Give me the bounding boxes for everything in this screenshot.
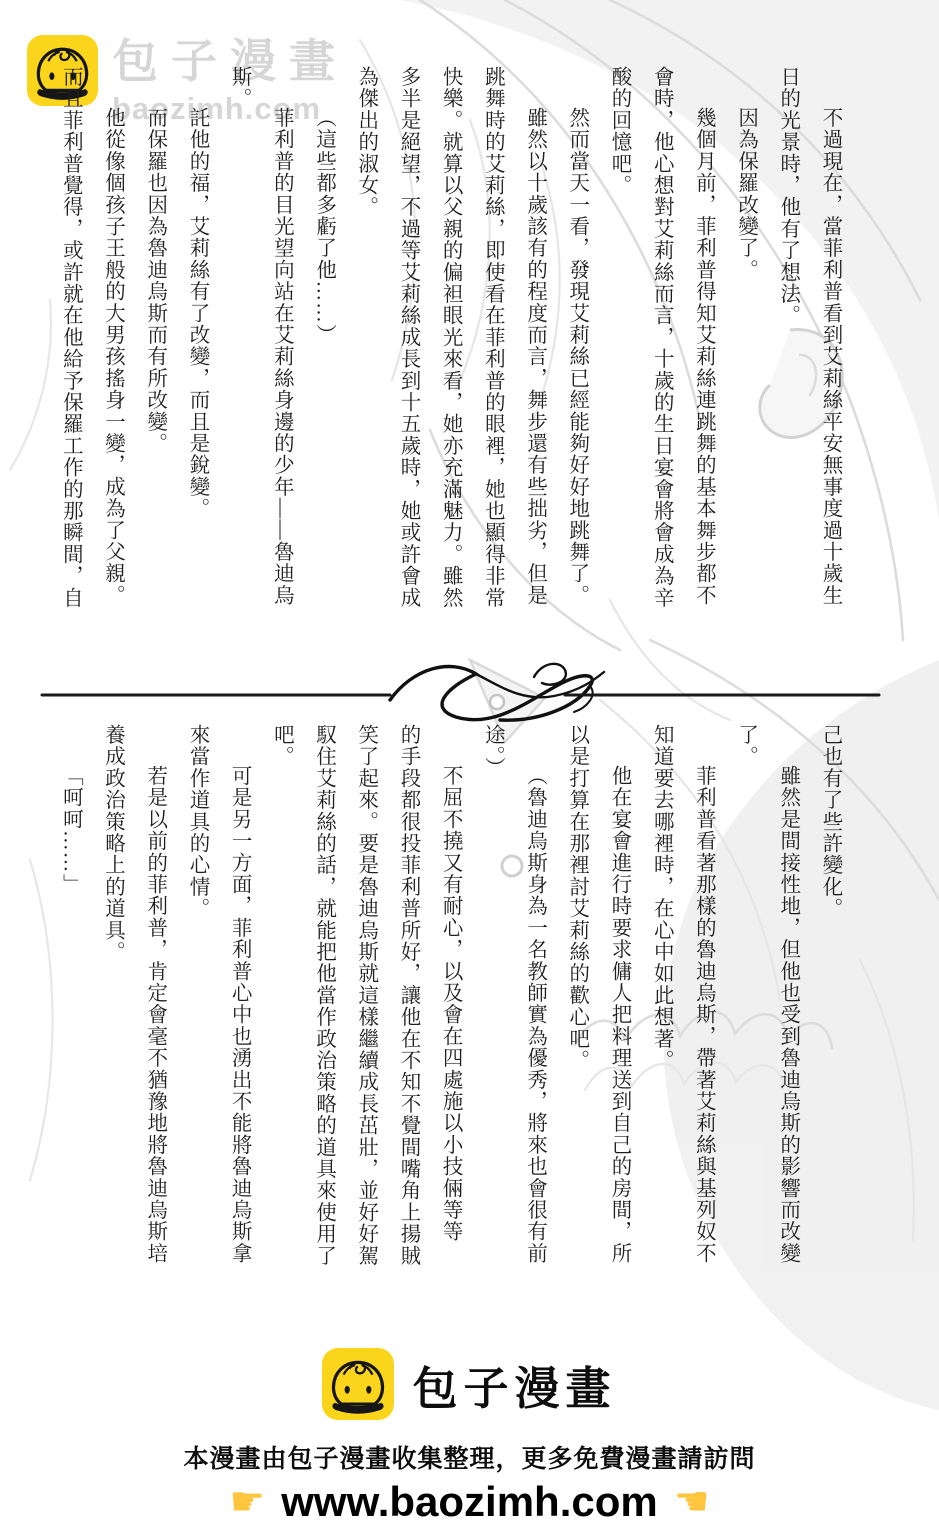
text-column: （魯迪烏斯身為一名教師實為優秀，將來也會很有前 [513,724,555,1296]
baozi-bun-logo-icon [322,1346,394,1422]
footer-brand-name: 包子漫畫 [412,1352,616,1417]
text-column: 他在宴會進行時要求傭人把料理送到自己的房間，所 [598,724,640,1296]
text-column: 以是打算在那裡討艾莉絲的歡心吧。 [556,724,598,1296]
text-column: 吧。 [260,724,302,1296]
text-column: 斯。 [218,66,260,634]
text-column: 他從像個孩子王般的大男孩搖身一變，成為了父親。 [91,66,133,634]
text-column: 快樂。就算以父親的偏袒眼光來看，她亦充滿魅力。雖然 [429,66,471,634]
text-column: 為傑出的淑女。 [345,66,387,634]
footer-brand: 包子漫畫 [0,1346,939,1422]
text-column: 己也有了些許變化。 [809,724,851,1296]
text-column: 「呵呵……」 [49,724,91,1296]
text-column: 可是另一方面，菲利普心中也湧出不能將魯迪烏斯拿 [218,724,260,1296]
text-column: 馭住艾莉絲的話，就能把他當作政治策略的道具來使用了 [302,724,344,1296]
text-column: 託他的福，艾莉絲有了改變，而且是銳變。 [176,66,218,634]
text-column: 多半是絕望，不過等艾莉絲成長到十五歲時，她或許會成 [387,66,429,634]
text-column: 會時，他心想對艾莉絲而言，十歲的生日宴會將會成為辛 [640,66,682,634]
text-column: 日的光景時，他有了想法。 [767,66,809,634]
text-column: 然而當天一看，發現艾莉絲已經能夠好好地跳舞了。 [556,66,598,634]
text-column: 幾個月前，菲利普得知艾莉絲連跳舞的基本舞步都不 [682,66,724,634]
text-column: 因為保羅改變了。 [724,66,766,634]
text-column: 菲利普的目光望向站在艾莉絲身邊的少年——魯迪烏 [260,66,302,634]
novel-page: 包子漫畫 baozimh.com 不過現在，當菲利普看到艾莉絲平安無事度過十歲生… [0,0,939,1531]
text-column: 跳舞時的艾莉絲，即使看在菲利普的眼裡，她也顯得非常 [471,66,513,634]
section-divider [38,650,883,725]
novel-text-top-block: 不過現在，當菲利普看到艾莉絲平安無事度過十歲生日的光景時，他有了想法。因為保羅改… [49,66,851,634]
text-column: 了。 [724,724,766,1296]
text-column: 知道要去哪裡時，在心中如此想著。 [640,724,682,1296]
text-column: 不屈不撓又有耐心，以及會在四處施以小技倆等等 [429,724,471,1296]
pointing-left-hand-icon: ☚ [674,1482,710,1522]
footer-url-row: ☛ www.baozimh.com ☚ [0,1478,939,1526]
site-url-link[interactable]: www.baozimh.com [281,1478,657,1526]
pointing-right-hand-icon: ☛ [229,1482,265,1522]
text-column: 而且菲利普覺得，或許就在他給予保羅工作的那瞬間，自 [49,66,91,634]
text-column: 的手段都很投菲利普所好，讓他在不知不覺間嘴角上揚賊 [387,724,429,1296]
text-column: 雖然以十歲該有的程度而言，舞步還有些拙劣，但是 [513,66,555,634]
site-footer: 包子漫畫 本漫畫由包子漫畫收集整理，更多免費漫畫請訪問 ☛ www.baozim… [0,1346,939,1526]
text-column: （這些都多虧了他……） [302,66,344,634]
text-column: 不過現在，當菲利普看到艾莉絲平安無事度過十歲生 [809,66,851,634]
text-column: 養成政治策略上的道具。 [91,724,133,1296]
text-column: 雖然是間接性地，但他也受到魯迪烏斯的影響而改變 [767,724,809,1296]
novel-text-bottom-block: 己也有了些許變化。雖然是間接性地，但他也受到魯迪烏斯的影響而改變了。菲利普看著那… [49,724,851,1296]
footer-notice-text: 本漫畫由包子漫畫收集整理，更多免費漫畫請訪問 [0,1439,939,1475]
text-column: 酸的回憶吧。 [598,66,640,634]
text-column: 來當作道具的心情。 [176,724,218,1296]
text-column: 笑了起來。要是魯迪烏斯就這樣繼續成長茁壯，並好好駕 [345,724,387,1296]
text-column: 而保羅也因為魯迪烏斯而有所改變。 [134,66,176,634]
text-column: 菲利普看著那樣的魯迪烏斯，帶著艾莉絲與基列奴不 [682,724,724,1296]
text-column: 若是以前的菲利普，肯定會毫不猶豫地將魯迪烏斯培 [134,724,176,1296]
text-column: 途。） [471,724,513,1296]
